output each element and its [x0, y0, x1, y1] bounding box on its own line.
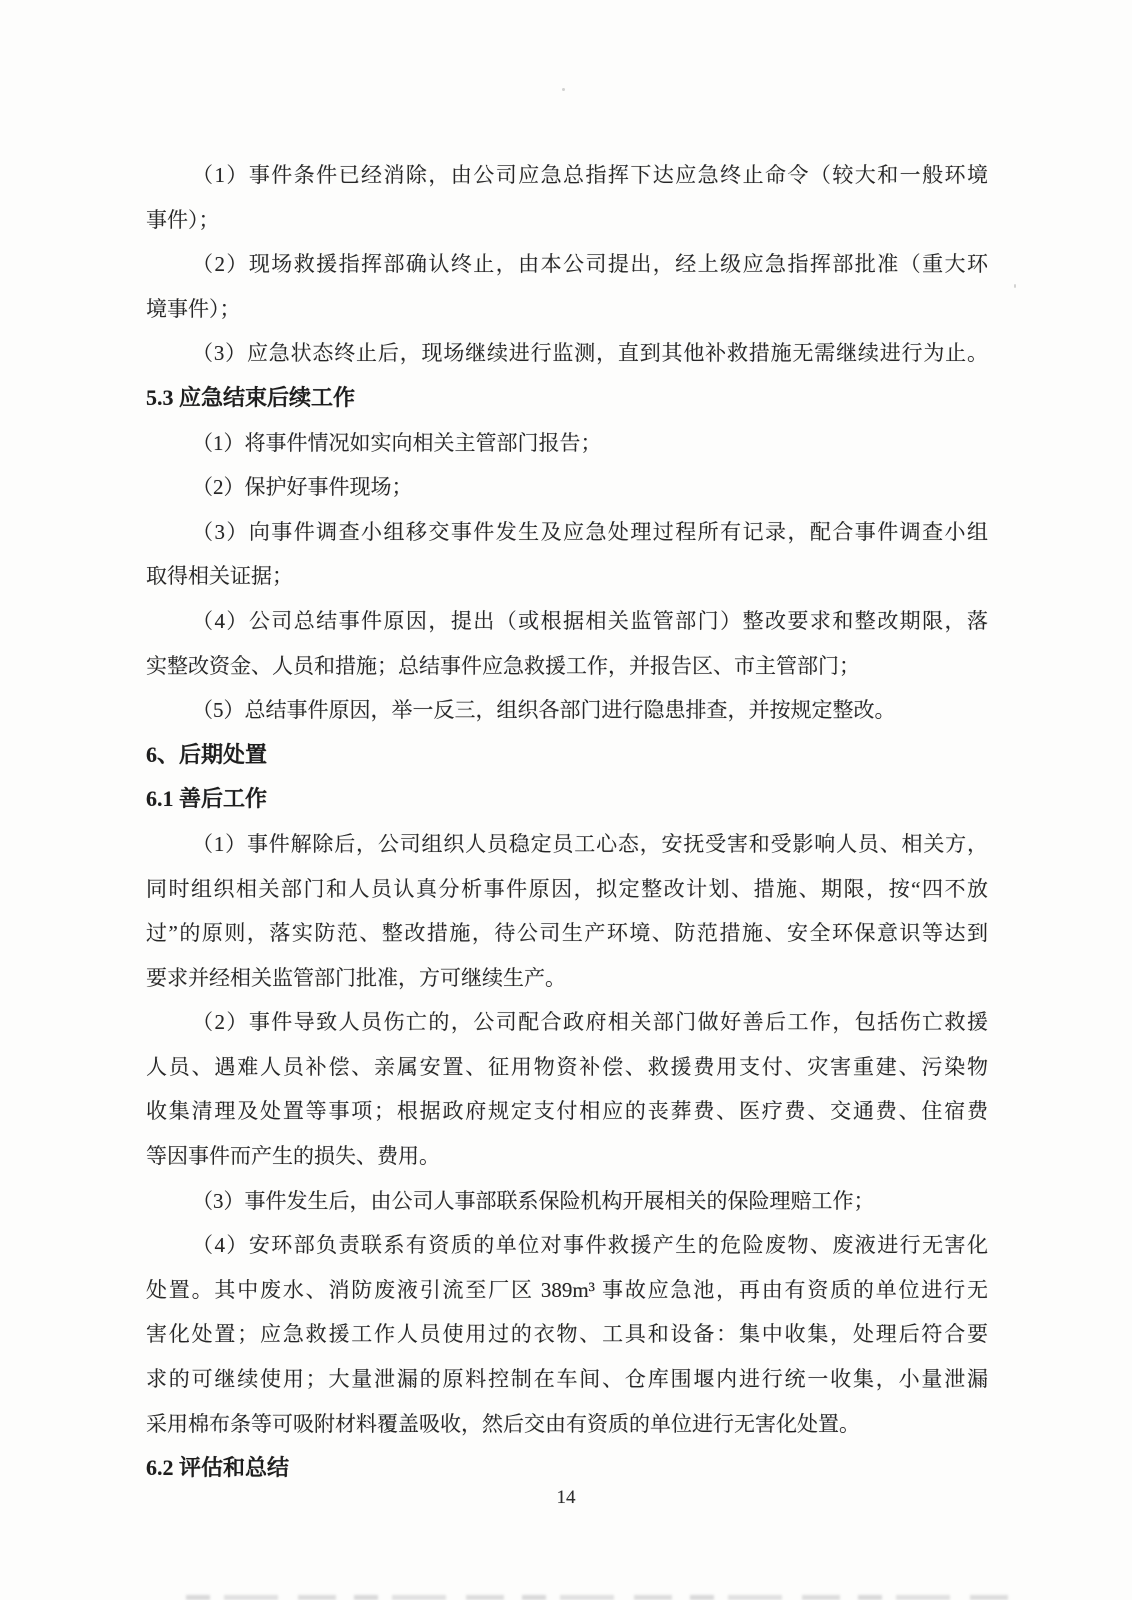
- body-text-line: （3）事件发生后，由公司人事部联系保险机构开展相关的保险理赔工作；: [146, 1179, 988, 1224]
- body-text-line: （4）安环部负责联系有资质的单位对事件救援产生的危险废物、废液进行无害化: [146, 1223, 988, 1268]
- body-text-line: 收集清理及处置等事项；根据政府规定支付相应的丧葬费、医疗费、交通费、住宿费: [146, 1089, 988, 1134]
- body-text-line: 害化处置；应急救援工作人员使用过的衣物、工具和设备：集中收集，处理后符合要: [146, 1312, 988, 1357]
- body-text-line: （2）事件导致人员伤亡的，公司配合政府相关部门做好善后工作，包括伤亡救援: [146, 1000, 988, 1045]
- body-text-line: 过”的原则，落实防范、整改措施，待公司生产环境、防范措施、安全环保意识等达到: [146, 911, 988, 956]
- body-text-line: （2）现场救援指挥部确认终止，由本公司提出，经上级应急指挥部批准（重大环: [146, 242, 988, 287]
- body-text-line: 事件）；: [146, 198, 988, 243]
- body-text-line: （3）应急状态终止后，现场继续进行监测，直到其他补救措施无需继续进行为止。: [146, 331, 988, 376]
- body-text-line: （5）总结事件原因，举一反三，组织各部门进行隐患排查，并按规定整改。: [146, 688, 988, 733]
- document-page: （1）事件条件已经消除，由公司应急总指挥下达应急终止命令（较大和一般环境事件）；…: [0, 0, 1132, 1600]
- section-heading-line: 6、后期处置: [146, 733, 988, 778]
- body-text-line: 等因事件而产生的损失、费用。: [146, 1134, 988, 1179]
- body-text-line: 求的可继续使用；大量泄漏的原料控制在车间、仓库围堰内进行统一收集，小量泄漏: [146, 1357, 988, 1402]
- body-text-line: 境事件）；: [146, 287, 988, 332]
- body-text-line: （4）公司总结事件原因，提出（或根据相关监管部门）整改要求和整改期限，落: [146, 599, 988, 644]
- page-content: （1）事件条件已经消除，由公司应急总指挥下达应急终止命令（较大和一般环境事件）；…: [146, 153, 988, 1491]
- body-text-line: （1）事件条件已经消除，由公司应急总指挥下达应急终止命令（较大和一般环境: [146, 153, 988, 198]
- section-heading-line: 5.3 应急结束后续工作: [146, 376, 988, 421]
- scan-speck: [1014, 284, 1016, 288]
- body-text-line: （2）保护好事件现场；: [146, 465, 988, 510]
- scan-artifact-strip: [186, 1595, 1014, 1600]
- section-heading-line: 6.1 善后工作: [146, 777, 988, 822]
- body-text-line: 取得相关证据；: [146, 554, 988, 599]
- body-text-line: 处置。其中废水、消防废液引流至厂区 389m³ 事故应急池，再由有资质的单位进行…: [146, 1268, 988, 1313]
- scan-speck: [562, 88, 565, 91]
- body-text-line: 同时组织相关部门和人员认真分析事件原因，拟定整改计划、措施、期限，按“四不放: [146, 867, 988, 912]
- body-text-line: 要求并经相关监管部门批准，方可继续生产。: [146, 956, 988, 1001]
- body-text-line: （1）将事件情况如实向相关主管部门报告；: [146, 421, 988, 466]
- body-text-line: 人员、遇难人员补偿、亲属安置、征用物资补偿、救援费用支付、灾害重建、污染物: [146, 1045, 988, 1090]
- body-text-line: 实整改资金、人员和措施；总结事件应急救援工作，并报告区、市主管部门；: [146, 644, 988, 689]
- page-number: 14: [0, 1487, 1132, 1509]
- body-text-line: 采用棉布条等可吸附材料覆盖吸收，然后交由有资质的单位进行无害化处置。: [146, 1402, 988, 1447]
- body-text-line: （1）事件解除后，公司组织人员稳定员工心态，安抚受害和受影响人员、相关方，: [146, 822, 988, 867]
- section-heading-line: 6.2 评估和总结: [146, 1446, 988, 1491]
- body-text-line: （3）向事件调查小组移交事件发生及应急处理过程所有记录，配合事件调查小组: [146, 510, 988, 555]
